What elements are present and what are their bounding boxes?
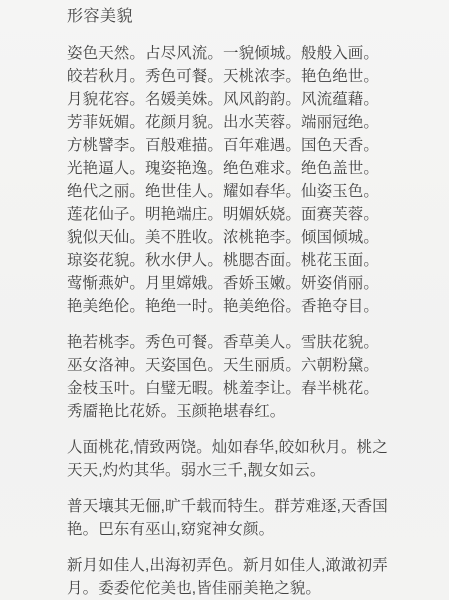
text-line: 艳。巴东有巫山,窈窕神女颜。 bbox=[67, 518, 389, 541]
text-line: 貌似天仙。美不胜收。浓桃艳李。倾国倾城。 bbox=[67, 226, 389, 249]
text-line: 新月如佳人,出海初弄色。新月如佳人,澉澉初弄 bbox=[67, 554, 389, 577]
text-line: 姿色天然。占尽风流。一貌倾城。般般入画。 bbox=[67, 42, 389, 65]
text-line: 皎若秋月。秀色可餐。天桃浓李。艳色绝世。 bbox=[67, 65, 389, 88]
text-line: 琼姿花貌。秋水伊人。桃腮杏面。桃花玉面。 bbox=[67, 249, 389, 272]
text-line: 金枝玉叶。白璧无暇。桃羞李让。春半桃花。 bbox=[67, 377, 389, 400]
document-body: 姿色天然。占尽风流。一貌倾城。般般入画。皎若秋月。秀色可餐。天桃浓李。艳色绝世。… bbox=[67, 42, 389, 600]
paragraph: 普天壤其无俪,旷千载而特生。群芳难逐,天香国艳。巴东有巫山,窈窕神女颜。 bbox=[67, 495, 389, 541]
paragraph: 人面桃花,情致两饶。灿如春华,皎如秋月。桃之天天,灼灼其华。弱水三千,靓女如云。 bbox=[67, 436, 389, 482]
text-line: 光艳逼人。瑰姿艳逸。绝色难求。绝色盖世。 bbox=[67, 157, 389, 180]
text-line: 莲花仙子。明艳端庄。明媚妖娆。面赛芙蓉。 bbox=[67, 203, 389, 226]
paragraph: 新月如佳人,出海初弄色。新月如佳人,澉澉初弄月。委委佗佗美也,皆佳丽美艳之貌。 bbox=[67, 554, 389, 600]
text-line: 莺惭燕妒。月里嫦娥。香娇玉嫩。妍姿俏丽。 bbox=[67, 272, 389, 295]
text-line: 艳美绝伦。艳绝一时。艳美绝俗。香艳夺目。 bbox=[67, 295, 389, 318]
text-line: 秀靥艳比花娇。玉颜艳堪春红。 bbox=[67, 400, 389, 423]
text-line: 芳菲妩媚。花颜月貌。出水芙蓉。端丽冠绝。 bbox=[67, 111, 389, 134]
page-title: 形容美貌 bbox=[67, 8, 389, 26]
text-line: 月。委委佗佗美也,皆佳丽美艳之貌。 bbox=[67, 577, 389, 600]
text-line: 艳若桃李。秀色可餐。香草美人。雪肤花貌。 bbox=[67, 331, 389, 354]
text-line: 天天,灼灼其华。弱水三千,靓女如云。 bbox=[67, 459, 389, 482]
text-line: 巫女洛神。天姿国色。天生丽质。六朝粉黛。 bbox=[67, 354, 389, 377]
text-line: 人面桃花,情致两饶。灿如春华,皎如秋月。桃之 bbox=[67, 436, 389, 459]
text-line: 方桃譬李。百般难描。百年难遇。国色天香。 bbox=[67, 134, 389, 157]
paragraph: 艳若桃李。秀色可餐。香草美人。雪肤花貌。巫女洛神。天姿国色。天生丽质。六朝粉黛。… bbox=[67, 331, 389, 423]
text-line: 普天壤其无俪,旷千载而特生。群芳难逐,天香国 bbox=[67, 495, 389, 518]
paragraph: 姿色天然。占尽风流。一貌倾城。般般入画。皎若秋月。秀色可餐。天桃浓李。艳色绝世。… bbox=[67, 42, 389, 318]
text-line: 月貌花容。名媛美姝。风风韵韵。风流蕴藉。 bbox=[67, 88, 389, 111]
text-line: 绝代之丽。绝世佳人。耀如春华。仙姿玉色。 bbox=[67, 180, 389, 203]
document-page: 形容美貌 姿色天然。占尽风流。一貌倾城。般般入画。皎若秋月。秀色可餐。天桃浓李。… bbox=[0, 0, 449, 600]
